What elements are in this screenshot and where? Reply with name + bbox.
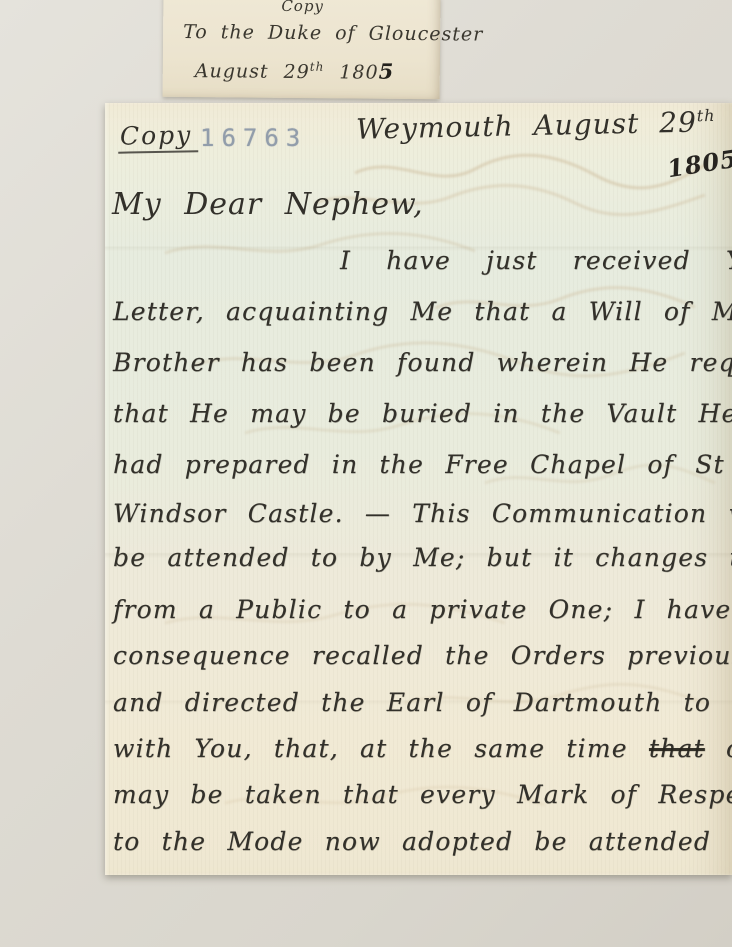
dateline-year: 1805 [665, 144, 732, 184]
letter-line: Windsor Castle. — This Communication wil… [113, 499, 732, 528]
letter-line: be attended to by Me; but it changes the… [113, 543, 732, 572]
letter-line: from a Public to a private One; I have i… [113, 595, 732, 624]
letter-salutation: My Dear Nephew, [112, 187, 424, 222]
slip-copy-label: Copy [281, 0, 324, 15]
letter-line: Brother has been found wherein He reques… [113, 348, 732, 377]
note-slip: Copy To the Duke of Gloucester August 29… [163, 0, 441, 99]
letter-line: may be taken that every Mark of Respect … [113, 780, 732, 809]
slip-date-year-bold: 5 [379, 59, 395, 84]
scanned-letter-image: Copy To the Duke of Gloucester August 29… [0, 0, 732, 947]
archive-number-stamp: 16763 [200, 124, 307, 152]
letter-line-text: care [705, 734, 732, 763]
struck-word: that [649, 734, 705, 763]
slip-recipient-line: To the Duke of Gloucester [183, 21, 483, 46]
letter-line: to the Mode now adopted be attended to. [113, 827, 732, 856]
letter-line: that He may be buried in the Vault He ha… [113, 399, 732, 428]
letter-line-text: with You, that, at the same time [113, 734, 649, 763]
letter-line: with You, that, at the same time that ca… [113, 734, 732, 763]
dateline-place-date: Weymouth August 29 [356, 106, 697, 146]
letter-line: I have just received Your [340, 246, 732, 275]
dateline-suffix: th [697, 106, 716, 125]
letter-copy-label: Copy [118, 120, 199, 153]
letter-line: Letter, acquainting Me that a Will of My… [113, 297, 732, 326]
letter-dateline: Weymouth August 29th [356, 105, 716, 146]
slip-date-year: 180 [339, 61, 378, 83]
letter-line: and directed the Earl of Dartmouth to co… [113, 688, 732, 717]
letter-page: Copy 16763 Weymouth August 29th 1805 My … [105, 103, 732, 875]
slip-date-main: August 29 [195, 60, 310, 83]
letter-line: had prepared in the Free Chapel of St Ge… [113, 450, 732, 479]
slip-date-line: August 29th 1805 [195, 57, 395, 84]
slip-date-suffix: th [310, 60, 325, 74]
letter-line: consequence recalled the Orders previous… [113, 641, 732, 670]
